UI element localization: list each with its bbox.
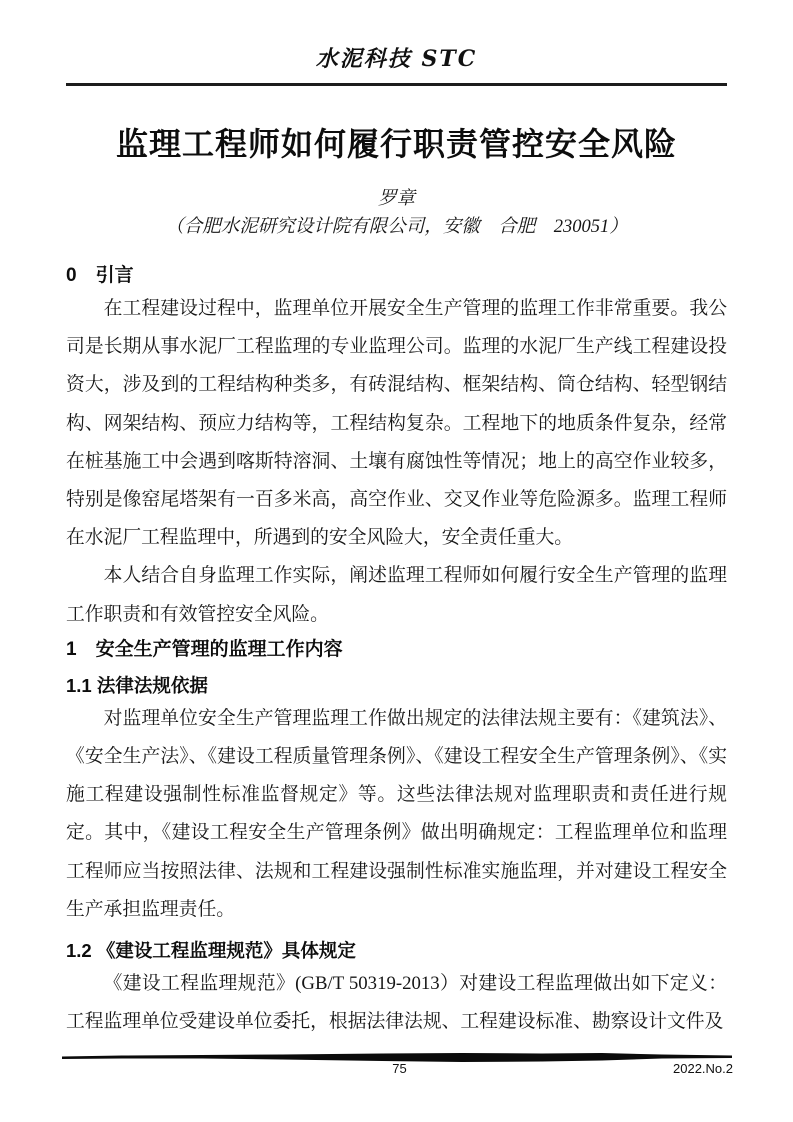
section-heading-0-introduction: 0 引言 bbox=[66, 262, 727, 290]
page-footer: 75 2022.No.2 bbox=[66, 1060, 733, 1078]
article-title: 监理工程师如何履行职责管控安全风险 bbox=[66, 122, 727, 166]
author-name: 罗章 bbox=[66, 186, 727, 212]
header-rule-divider bbox=[66, 83, 727, 86]
paragraph-intro-2: 本人结合自身监理工作实际，阐述监理工程师如何履行安全生产管理的监理工作职责和有效… bbox=[66, 557, 727, 633]
paragraph-1-2: 《建设工程监理规范》(GB/T 50319-2013）对建设工程监理做出如下定义… bbox=[66, 965, 727, 1041]
page-number: 75 bbox=[66, 1060, 733, 1078]
subsection-heading-1-2: 1.2 《建设工程监理规范》具体规定 bbox=[66, 937, 727, 965]
subsection-heading-1-1: 1.1 法律法规依据 bbox=[66, 672, 727, 700]
author-affiliation: （合肥水泥研究设计院有限公司，安徽 合肥 230051） bbox=[66, 214, 727, 240]
issue-number: 2022.No.2 bbox=[673, 1060, 733, 1078]
section-heading-1: 1 安全生产管理的监理工作内容 bbox=[66, 636, 727, 664]
paragraph-intro-1: 在工程建设过程中，监理单位开展安全生产管理的监理工作非常重要。我公司是长期从事水… bbox=[66, 290, 727, 557]
document-page: 水泥科技 STC 监理工程师如何履行职责管控安全风险 罗章 （合肥水泥研究设计院… bbox=[0, 0, 793, 1122]
journal-header: 水泥科技 STC bbox=[66, 0, 727, 86]
page-content: 水泥科技 STC 监理工程师如何履行职责管控安全风险 罗章 （合肥水泥研究设计院… bbox=[0, 0, 793, 1041]
paragraph-1-1: 对监理单位安全生产管理监理工作做出规定的法律法规主要有：《建筑法》、《安全生产法… bbox=[66, 700, 727, 929]
journal-title: 水泥科技 STC bbox=[66, 44, 727, 74]
